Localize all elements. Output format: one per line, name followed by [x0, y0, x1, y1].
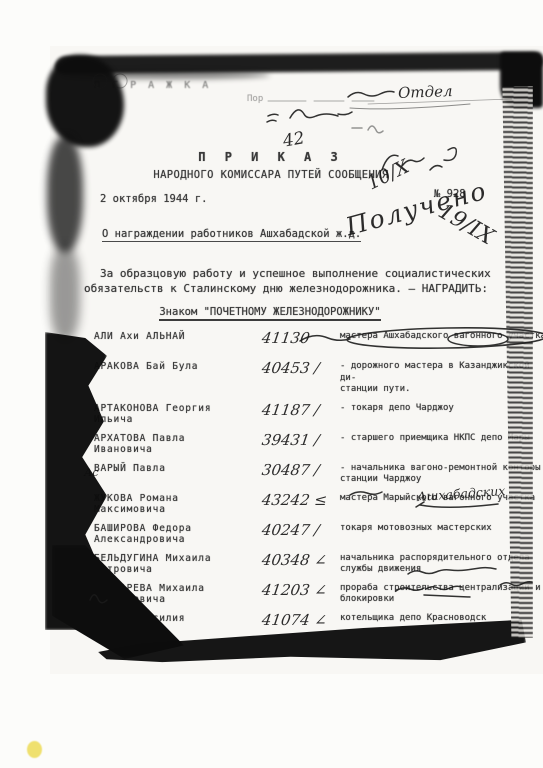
- awardee-name: ВАРЫЙ Павла: [94, 463, 262, 475]
- awardee-name: ЖУКОВА РоманаМаксимовича: [94, 493, 262, 516]
- yellow-sticker-dot: [27, 741, 42, 758]
- handwritten-number: 39431 ∕: [261, 433, 341, 447]
- scanned-document-page: { "page": { "stamp_text": "П Г Р А Ж К А…: [0, 0, 543, 768]
- awardee-name: АРАКОВА Бай Була: [94, 361, 262, 373]
- awardee-name: БЕЛЬДУГИНА МихаилаПетровича: [94, 553, 262, 576]
- subject-line: О награждении работников Ашхабадской ж.д…: [102, 228, 361, 240]
- award-entry: ВАРЫЙ Павла 30487 ∕ - начальника вагоно-…: [94, 463, 543, 486]
- awardee-name: БАШИРОВА ФедораАлександровича: [94, 523, 262, 546]
- award-entry: БОНДАРЕВА МихаилаДмитриевича 41203 ∠ про…: [94, 583, 543, 606]
- award-entry: АЛИ Ахи АЛЬНАЙ 41130 мастера Ашхабадског…: [94, 331, 543, 345]
- handwritten-number: 40453 ∕: [261, 361, 341, 375]
- award-entry: АРАКОВА Бай Була 40453 ∕ - дорожного мас…: [94, 361, 543, 396]
- photocopy-artifact-left-streak: [47, 136, 83, 252]
- issuing-authority: НАРОДНОГО КОМИССАРА ПУТЕЙ СООБЩЕНИЯ: [56, 169, 486, 181]
- handwritten-number: 40247 ∕: [261, 523, 341, 537]
- handwritten-number-top: 42: [281, 128, 306, 151]
- awardee-name: АРТАКОНОВА ГеоргияИльича: [94, 403, 262, 426]
- award-heading: Знаком "ПОЧЕТНОМУ ЖЕЛЕЗНОДОРОЖНИКУ": [60, 306, 480, 318]
- body-paragraph: За образцовую работу и успешное выполнен…: [84, 266, 500, 296]
- award-entry: БАШИРОВА ФедораАлександровича 40247 ∕ то…: [94, 523, 543, 546]
- document-title: П Р И К А З: [56, 150, 486, 164]
- handwritten-number: 41187 ∕: [261, 403, 341, 417]
- handwritten-department-note: Отдел: [398, 82, 453, 102]
- awardees-list: АЛИ Ахи АЛЬНАЙ 41130 мастера Ашхабадског…: [94, 331, 543, 634]
- handwritten-number: 43242 ≤: [261, 493, 341, 507]
- award-entry: АРТАКОНОВА ГеоргияИльича 41187 ∕ - токар…: [94, 403, 543, 426]
- document-date: 2 октября 1944 г.: [100, 193, 207, 205]
- faint-header-text: Пор: [247, 94, 263, 104]
- handwritten-number: 41203 ∠: [261, 583, 341, 597]
- photocopy-artifact-speckle: [50, 246, 80, 341]
- handwritten-number: 30487 ∕: [261, 463, 341, 477]
- award-entry: БЕЛЬДУГИНА МихаилаПетровича 40348 ∠ нача…: [94, 553, 543, 576]
- award-entry: АРХАТОВА ПавлаИвановича 39431 ∕ - старше…: [94, 433, 543, 456]
- awardee-name: АРХАТОВА ПавлаИвановича: [94, 433, 262, 456]
- handwritten-number: 40348 ∠: [261, 553, 341, 567]
- awardee-name: АЛИ Ахи АЛЬНАЙ: [94, 331, 262, 343]
- handwritten-number: 41074 ∠: [261, 613, 341, 627]
- handwritten-number: 41130: [261, 331, 341, 345]
